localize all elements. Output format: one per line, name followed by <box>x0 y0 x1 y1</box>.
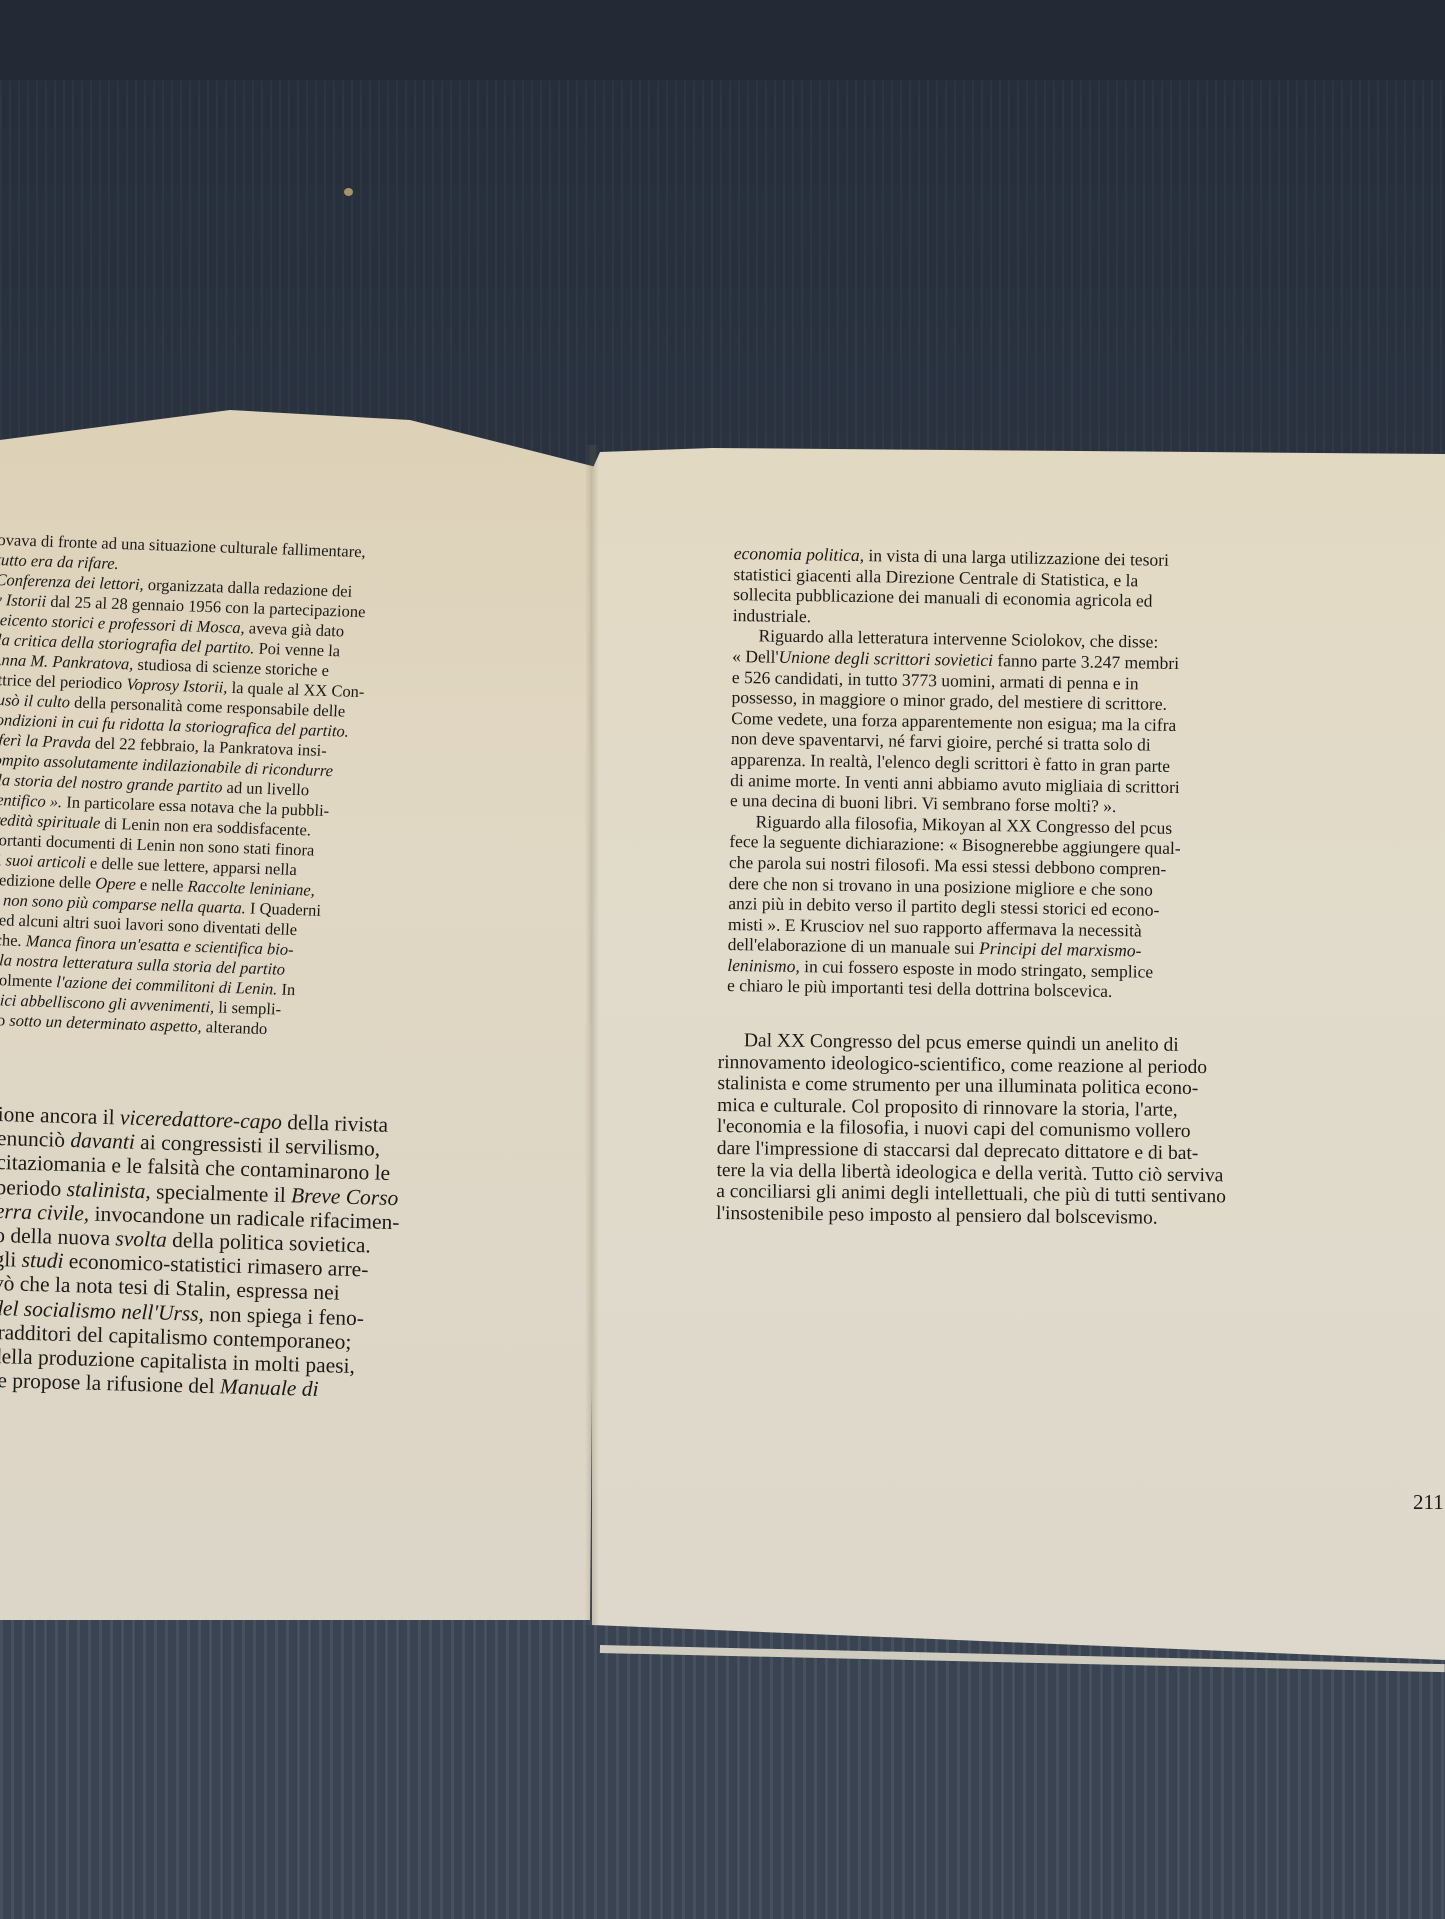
text: In <box>277 980 296 1000</box>
text: gli <box>0 1247 22 1272</box>
book-gutter <box>585 445 599 1625</box>
italic-text: stalinista, <box>66 1177 151 1203</box>
italic-text: suoi articoli <box>5 850 86 872</box>
italic-text: erra civile, <box>0 1199 90 1226</box>
background-shadow <box>0 0 1445 90</box>
italic-text: Breve Corso <box>291 1183 399 1210</box>
text: debolmente <box>0 970 57 992</box>
text: alterando <box>201 1017 267 1038</box>
text: l'insostenibile peso imposto al pensiero… <box>716 1203 1158 1229</box>
left-page-lower-text: ione ancora il viceredattore-capo della … <box>0 1102 403 1404</box>
text: della rivista <box>282 1110 389 1137</box>
italic-text: studi <box>21 1248 63 1273</box>
italic-text: davanti <box>70 1128 135 1154</box>
italic-text: riferì la Pravda <box>0 730 91 752</box>
italic-text: economia politica, <box>734 543 865 565</box>
text: e nelle <box>135 875 188 896</box>
text: « Dell' <box>732 646 779 667</box>
italic-text: Opere <box>95 873 137 893</box>
italic-text: Manuale di <box>220 1375 319 1402</box>
italic-text: leninismo, <box>727 955 800 976</box>
text: I Quaderni <box>245 898 321 919</box>
text: za edizione delle <box>0 870 96 893</box>
italic-text: y Istorii <box>0 590 47 611</box>
italic-text: Principi del marxismo- <box>979 938 1142 961</box>
text: afiche. <box>0 930 26 951</box>
right-page-upper-text: economia politica, in vista di una larga… <box>727 543 1185 1003</box>
text: li sempli- <box>214 997 282 1018</box>
italic-text: svolta <box>115 1226 167 1251</box>
left-page-upper-text: ovava di fronte ad una situazione cultur… <box>0 530 372 1042</box>
text: ad un livello <box>222 778 310 800</box>
italic-text: cusò il culto <box>0 690 71 712</box>
italic-text: Unione degli scrittori sovietici <box>778 647 993 670</box>
text: aveva già dato <box>244 618 344 640</box>
text: periodo <box>0 1175 67 1201</box>
italic-text: cientifico ». <box>0 790 63 812</box>
page-number: 211 <box>1413 1490 1444 1515</box>
right-page-lower-text: Dal XX Congresso del pcus emerse quindi … <box>716 1030 1228 1230</box>
text: fanno parte 3.247 membri <box>993 650 1179 673</box>
text: industriale. <box>733 605 812 626</box>
italic-text: tutto era da rifare. <box>0 550 119 573</box>
text: Poi venne la <box>254 639 341 661</box>
italic-text: Voprosy Istorii, <box>126 674 228 696</box>
text: enunciò <box>0 1126 71 1152</box>
dust-speck <box>344 188 353 196</box>
text: o della nuova <box>0 1223 116 1250</box>
italic-text: 'eredità spirituale <box>0 810 101 833</box>
text: ione ancora il <box>0 1102 120 1129</box>
text: specialmente il <box>151 1179 292 1207</box>
